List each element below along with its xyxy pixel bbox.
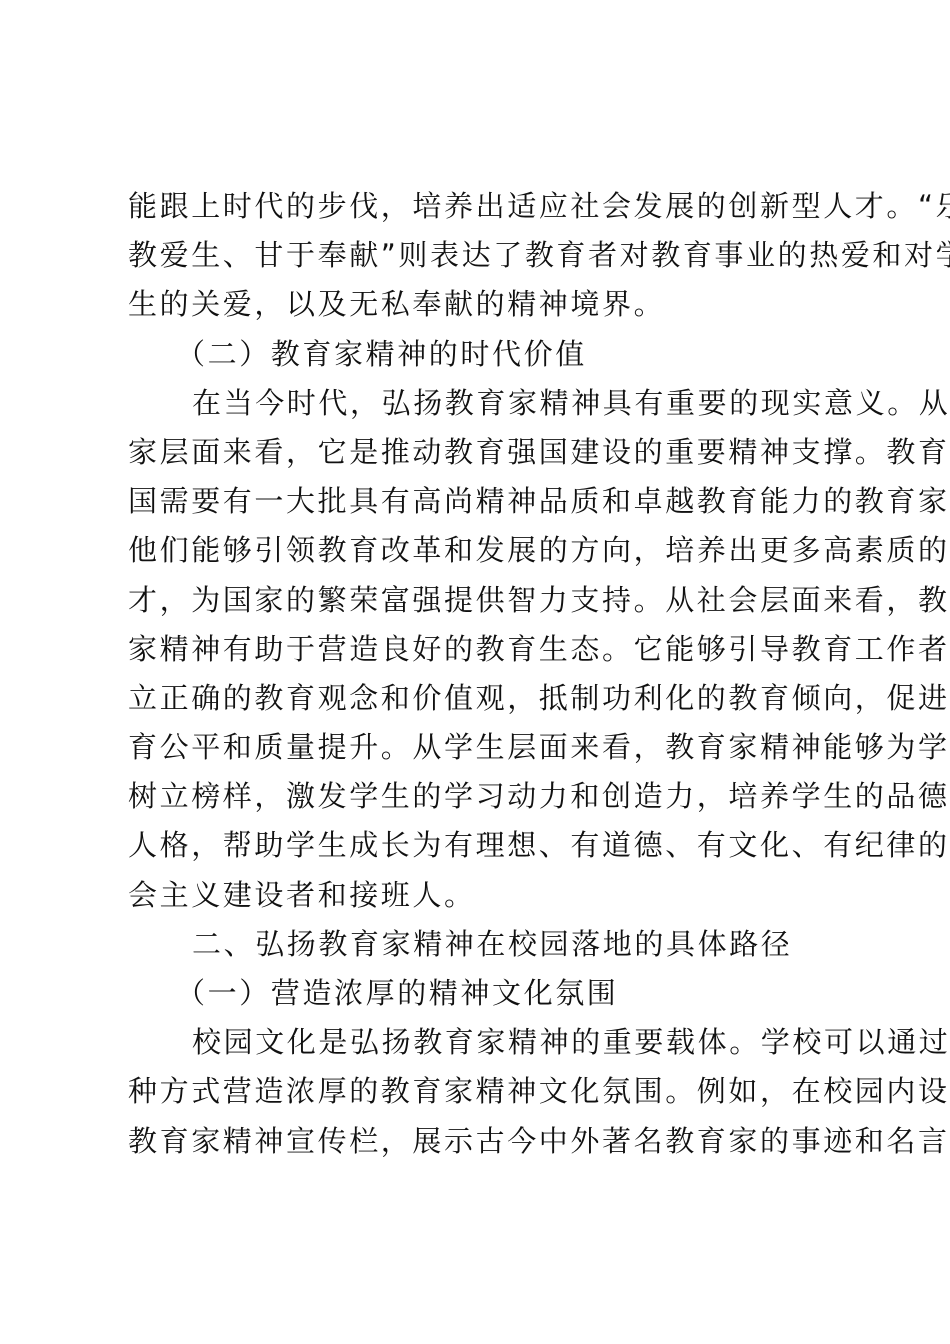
paragraph-line: 育公平和质量提升。从学生层面来看，教育家精神能够为学生 xyxy=(128,723,834,772)
document-page: 能跟上时代的步伐，培养出适应社会发展的创新型人才。“乐 教爱生、甘于奉献”则表达… xyxy=(128,182,834,1166)
paragraph-line: 家层面来看，它是推动教育强国建设的重要精神支撑。教育强 xyxy=(128,428,834,477)
paragraph-line: 能跟上时代的步伐，培养出适应社会发展的创新型人才。“乐 xyxy=(128,182,834,231)
section-heading: （一）营造浓厚的精神文化氛围 xyxy=(128,969,834,1018)
section-heading: （二）教育家精神的时代价值 xyxy=(128,330,834,379)
paragraph-line: 立正确的教育观念和价值观，抵制功利化的教育倾向，促进教 xyxy=(128,674,834,723)
paragraph-line: 教爱生、甘于奉献”则表达了教育者对教育事业的热爱和对学 xyxy=(128,231,834,280)
paragraph-line: 在当今时代，弘扬教育家精神具有重要的现实意义。从国 xyxy=(128,379,834,428)
paragraph-line: 树立榜样，激发学生的学习动力和创造力，培养学生的品德和 xyxy=(128,772,834,821)
paragraph-line: 校园文化是弘扬教育家精神的重要载体。学校可以通过多 xyxy=(128,1018,834,1067)
paragraph-line: 他们能够引领教育改革和发展的方向，培养出更多高素质的人 xyxy=(128,526,834,575)
paragraph-line: 教育家精神宣传栏，展示古今中外著名教育家的事迹和名言警 xyxy=(128,1117,834,1166)
paragraph-line: 家精神有助于营造良好的教育生态。它能够引导教育工作者树 xyxy=(128,625,834,674)
paragraph-line: 才，为国家的繁荣富强提供智力支持。从社会层面来看，教育 xyxy=(128,576,834,625)
paragraph-line: 种方式营造浓厚的教育家精神文化氛围。例如，在校园内设置 xyxy=(128,1067,834,1116)
paragraph-line: 生的关爱，以及无私奉献的精神境界。 xyxy=(128,280,834,329)
paragraph-line: 国需要有一大批具有高尚精神品质和卓越教育能力的教育家， xyxy=(128,477,834,526)
chapter-heading: 二、弘扬教育家精神在校园落地的具体路径 xyxy=(128,920,834,969)
paragraph-line: 会主义建设者和接班人。 xyxy=(128,871,834,920)
paragraph-line: 人格，帮助学生成长为有理想、有道德、有文化、有纪律的社 xyxy=(128,821,834,870)
